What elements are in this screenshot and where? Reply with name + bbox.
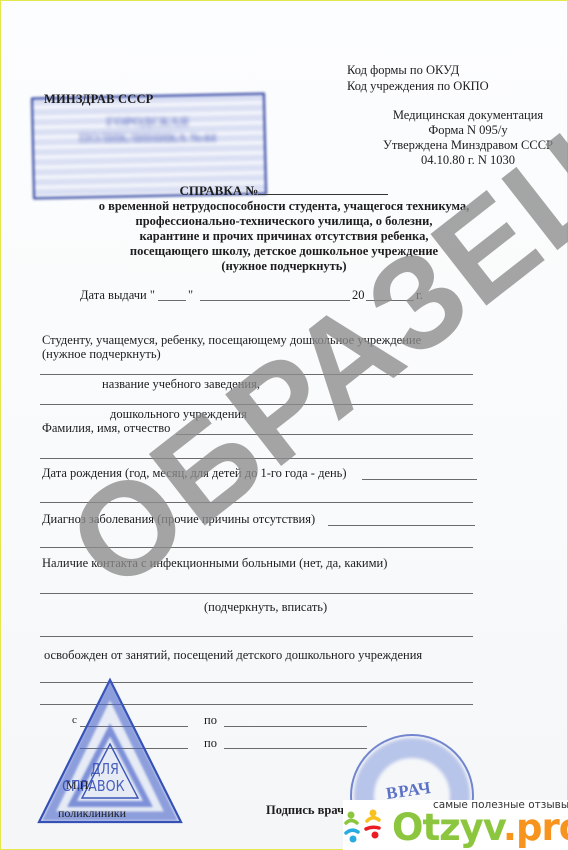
institution-stamp-text: ГОРОДСКАЯ ПОЛИКЛИНИКА №44 [40,100,255,188]
sample-watermark: ОБРАЗЕЦ [35,268,555,528]
contact-caption: (подчеркнуть, вписать) [204,600,327,615]
seal-label: М.П. [66,778,91,793]
banner-brand[interactable]: Otzyv.pro [392,806,568,850]
to-label: по [204,713,217,728]
brand-name: Otzyv [392,806,503,849]
okpo-code-label: Код учреждения по ОКПО [347,78,489,94]
otzyv-logo-icon [343,806,383,846]
brand-tld: .pro [503,806,568,849]
stamp-line: ГОРОДСКАЯ [40,114,255,130]
heading-text: СПРАВКА № [180,183,259,198]
ministry-label: МИНЗДРАВ СССР [44,92,154,107]
triangle-stamp-line-1: ДЛЯ [91,762,119,777]
certificate-number-field[interactable] [258,183,388,195]
to-label-2: по [204,736,217,751]
form-codes: Код формы по ОКУД Код учреждения по ОКПО [347,62,489,94]
okud-code-label: Код формы по ОКУД [347,62,489,78]
contact-field-2[interactable] [40,636,473,637]
clinic-label: поликлиники [58,806,126,821]
released-label: освобожден от занятий, посещений детског… [44,648,422,663]
period-to-field-2[interactable] [224,748,367,749]
period-to-field[interactable] [224,726,367,727]
signature-label: Подпись врача [266,803,350,818]
triangle-stamp-icon [35,676,185,826]
stamp-line: ПОЛИКЛИНИКА №44 [40,130,255,146]
contact-field[interactable] [40,593,473,594]
